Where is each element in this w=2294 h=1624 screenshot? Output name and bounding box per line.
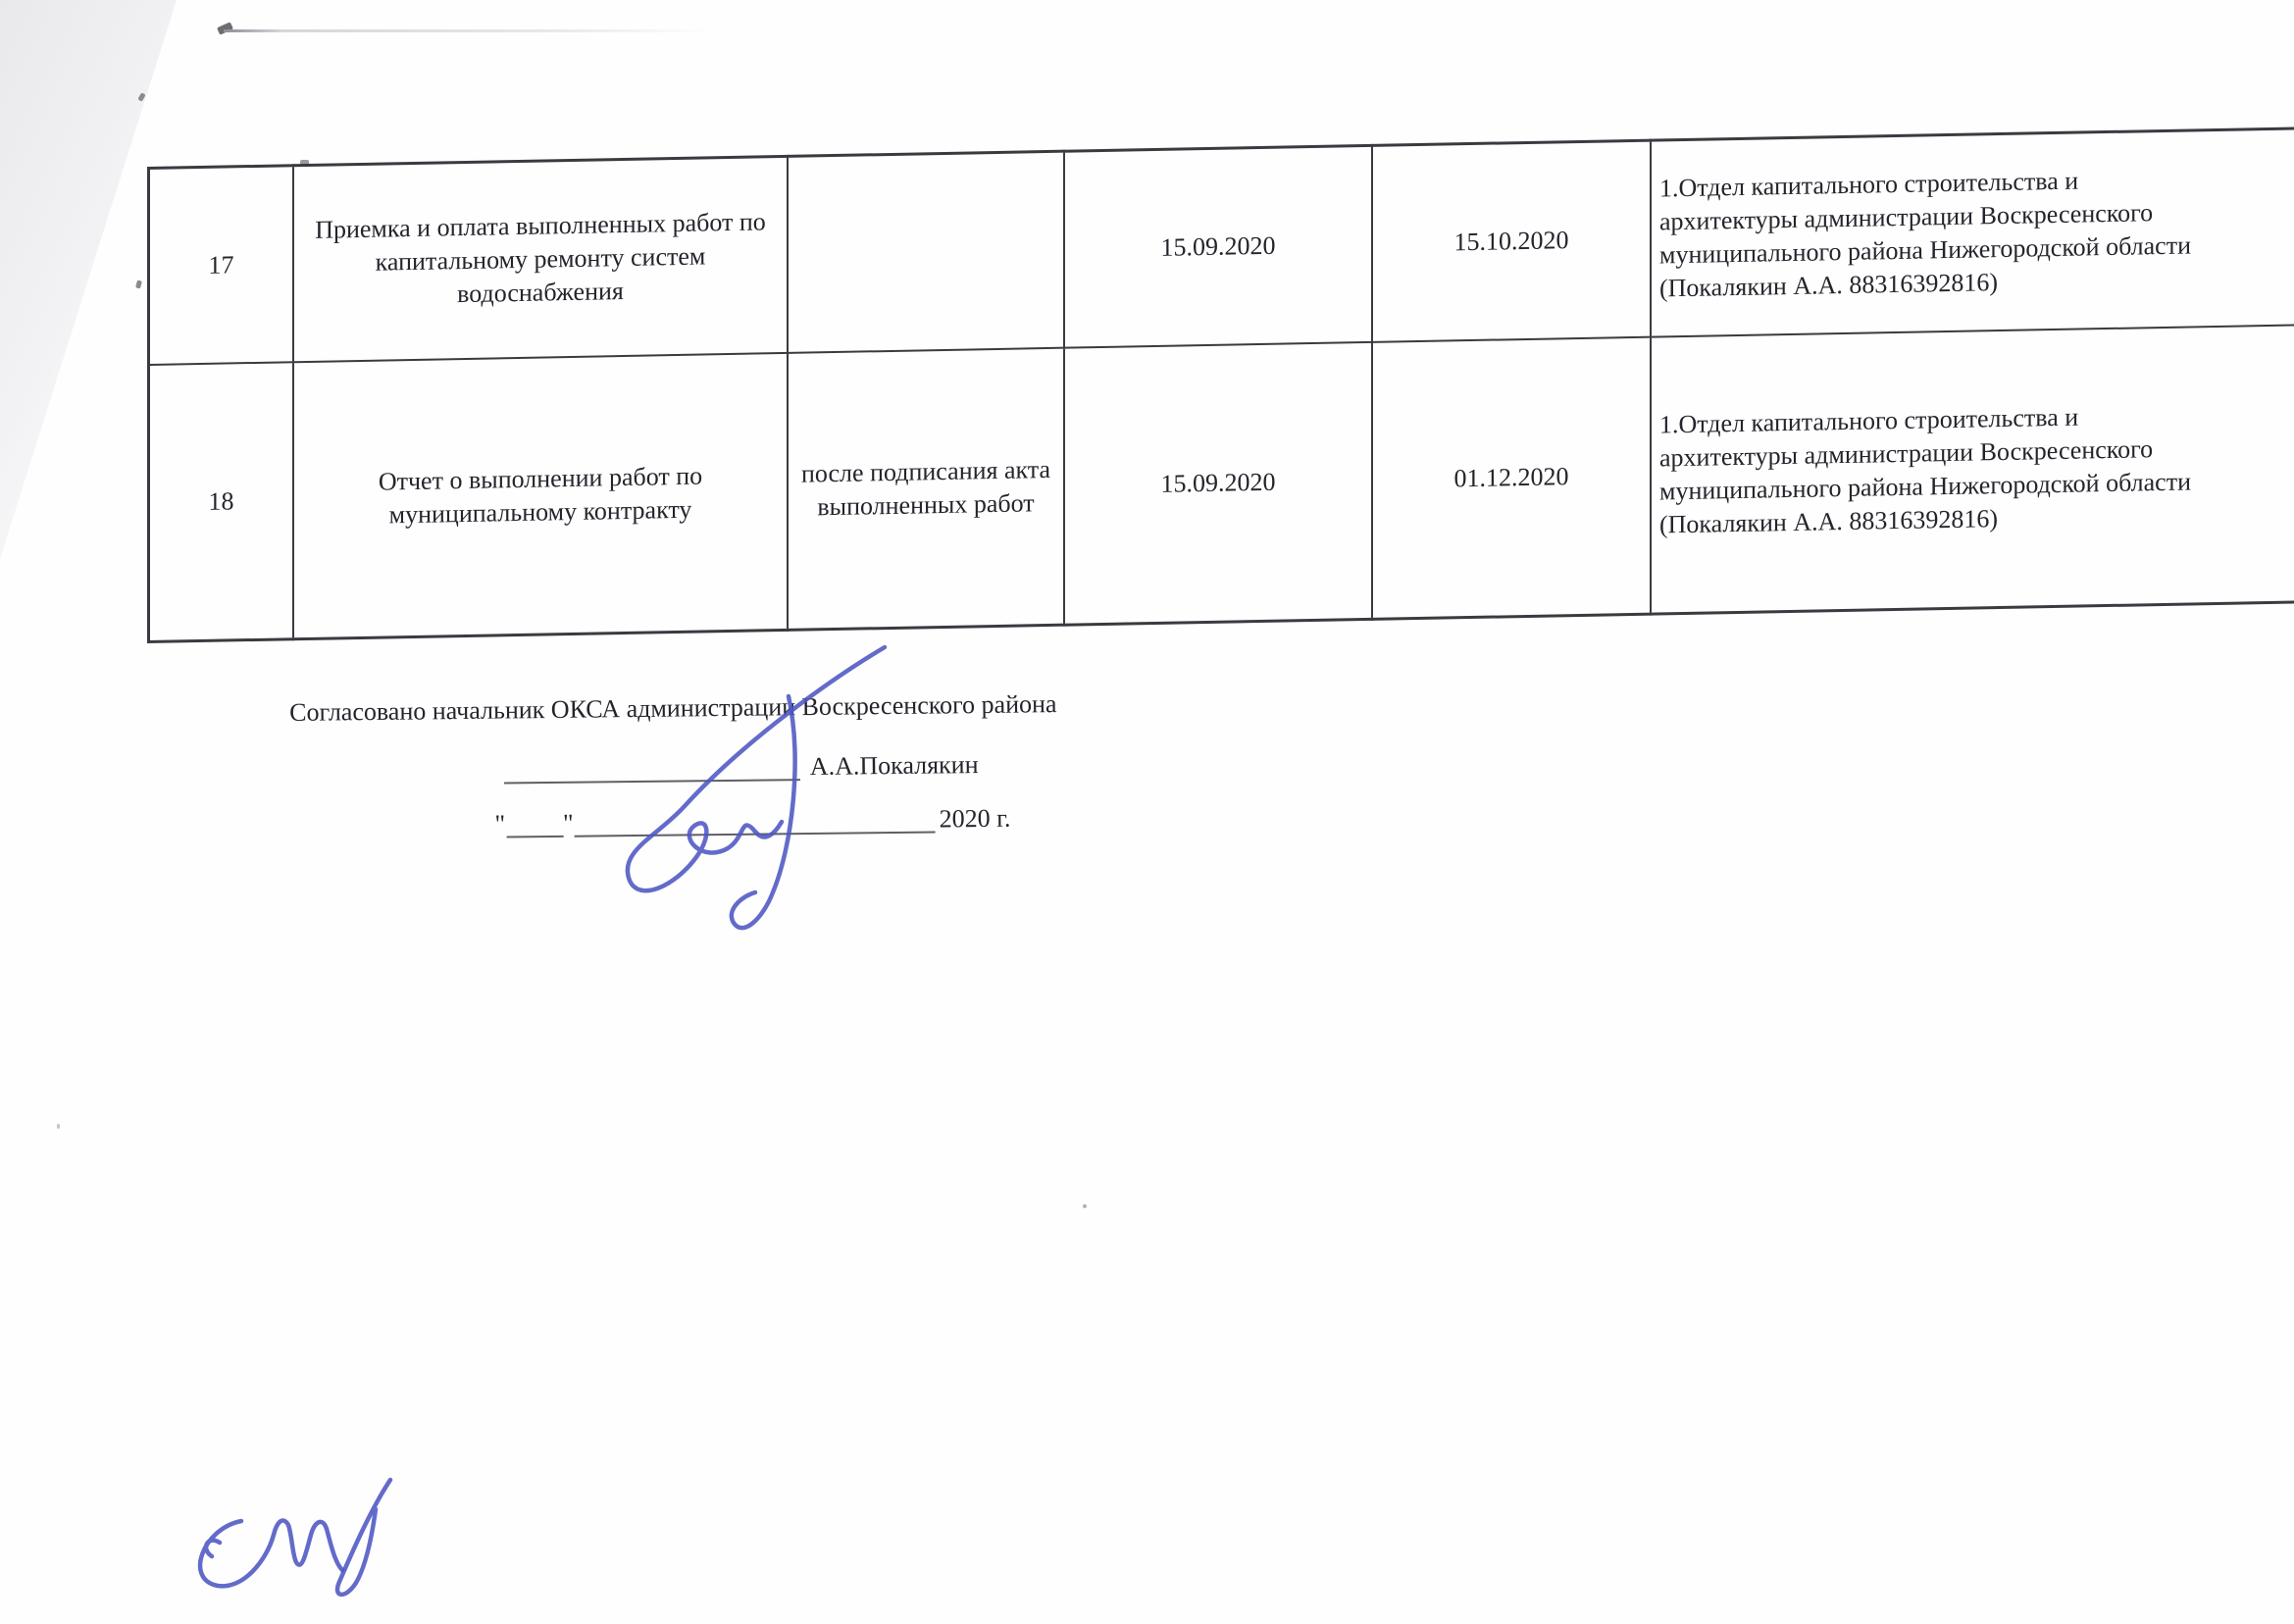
table-row: 17 Приемка и оплата выполненных работ по… [149,128,2294,365]
cell-end-date: 01.12.2020 [1372,336,1651,619]
approval-year: 2020 г. [936,804,1011,834]
signature-stroke [337,1480,390,1595]
cell-end-date: 15.10.2020 [1372,140,1651,341]
plan-table: 17 Приемка и оплата выполненных работ по… [147,127,2294,643]
handwritten-signature-corner [178,1463,414,1622]
signature-stroke [628,647,885,890]
cell-row-number: 17 [149,166,294,365]
scan-speck [135,279,142,288]
cell-activity: Приемка и оплата выполненных работ по ка… [293,156,788,361]
date-quote: " [494,810,506,838]
table-row: 18 Отчет о выполнении работ по муниципал… [149,325,2294,642]
scan-speck [57,1124,60,1129]
cell-row-number: 18 [149,362,294,642]
plan-table-wrap: 17 Приемка и оплата выполненных работ по… [147,127,2294,643]
cell-condition: после подписания акта выполненных работ [788,347,1064,630]
scanned-document-page: 17 Приемка и оплата выполненных работ по… [0,0,2294,1624]
scan-line-artifact [224,29,714,32]
signature-stroke [200,1520,342,1586]
cell-start-date: 15.09.2020 [1064,341,1372,625]
cell-responsible: 1.Отдел капитального строительства и арх… [1651,325,2294,614]
cell-start-date: 15.09.2020 [1064,145,1372,347]
scan-speck [1083,1204,1087,1208]
cell-condition [788,151,1064,352]
scan-mark [217,22,233,34]
handwritten-signature-main [579,639,902,945]
date-day-ruled-line [506,810,563,838]
cell-activity: Отчет о выполнении работ по муниципально… [293,352,788,638]
date-quote: " [563,809,575,837]
cell-responsible: 1.Отдел капитального строительства и арх… [1651,128,2294,336]
